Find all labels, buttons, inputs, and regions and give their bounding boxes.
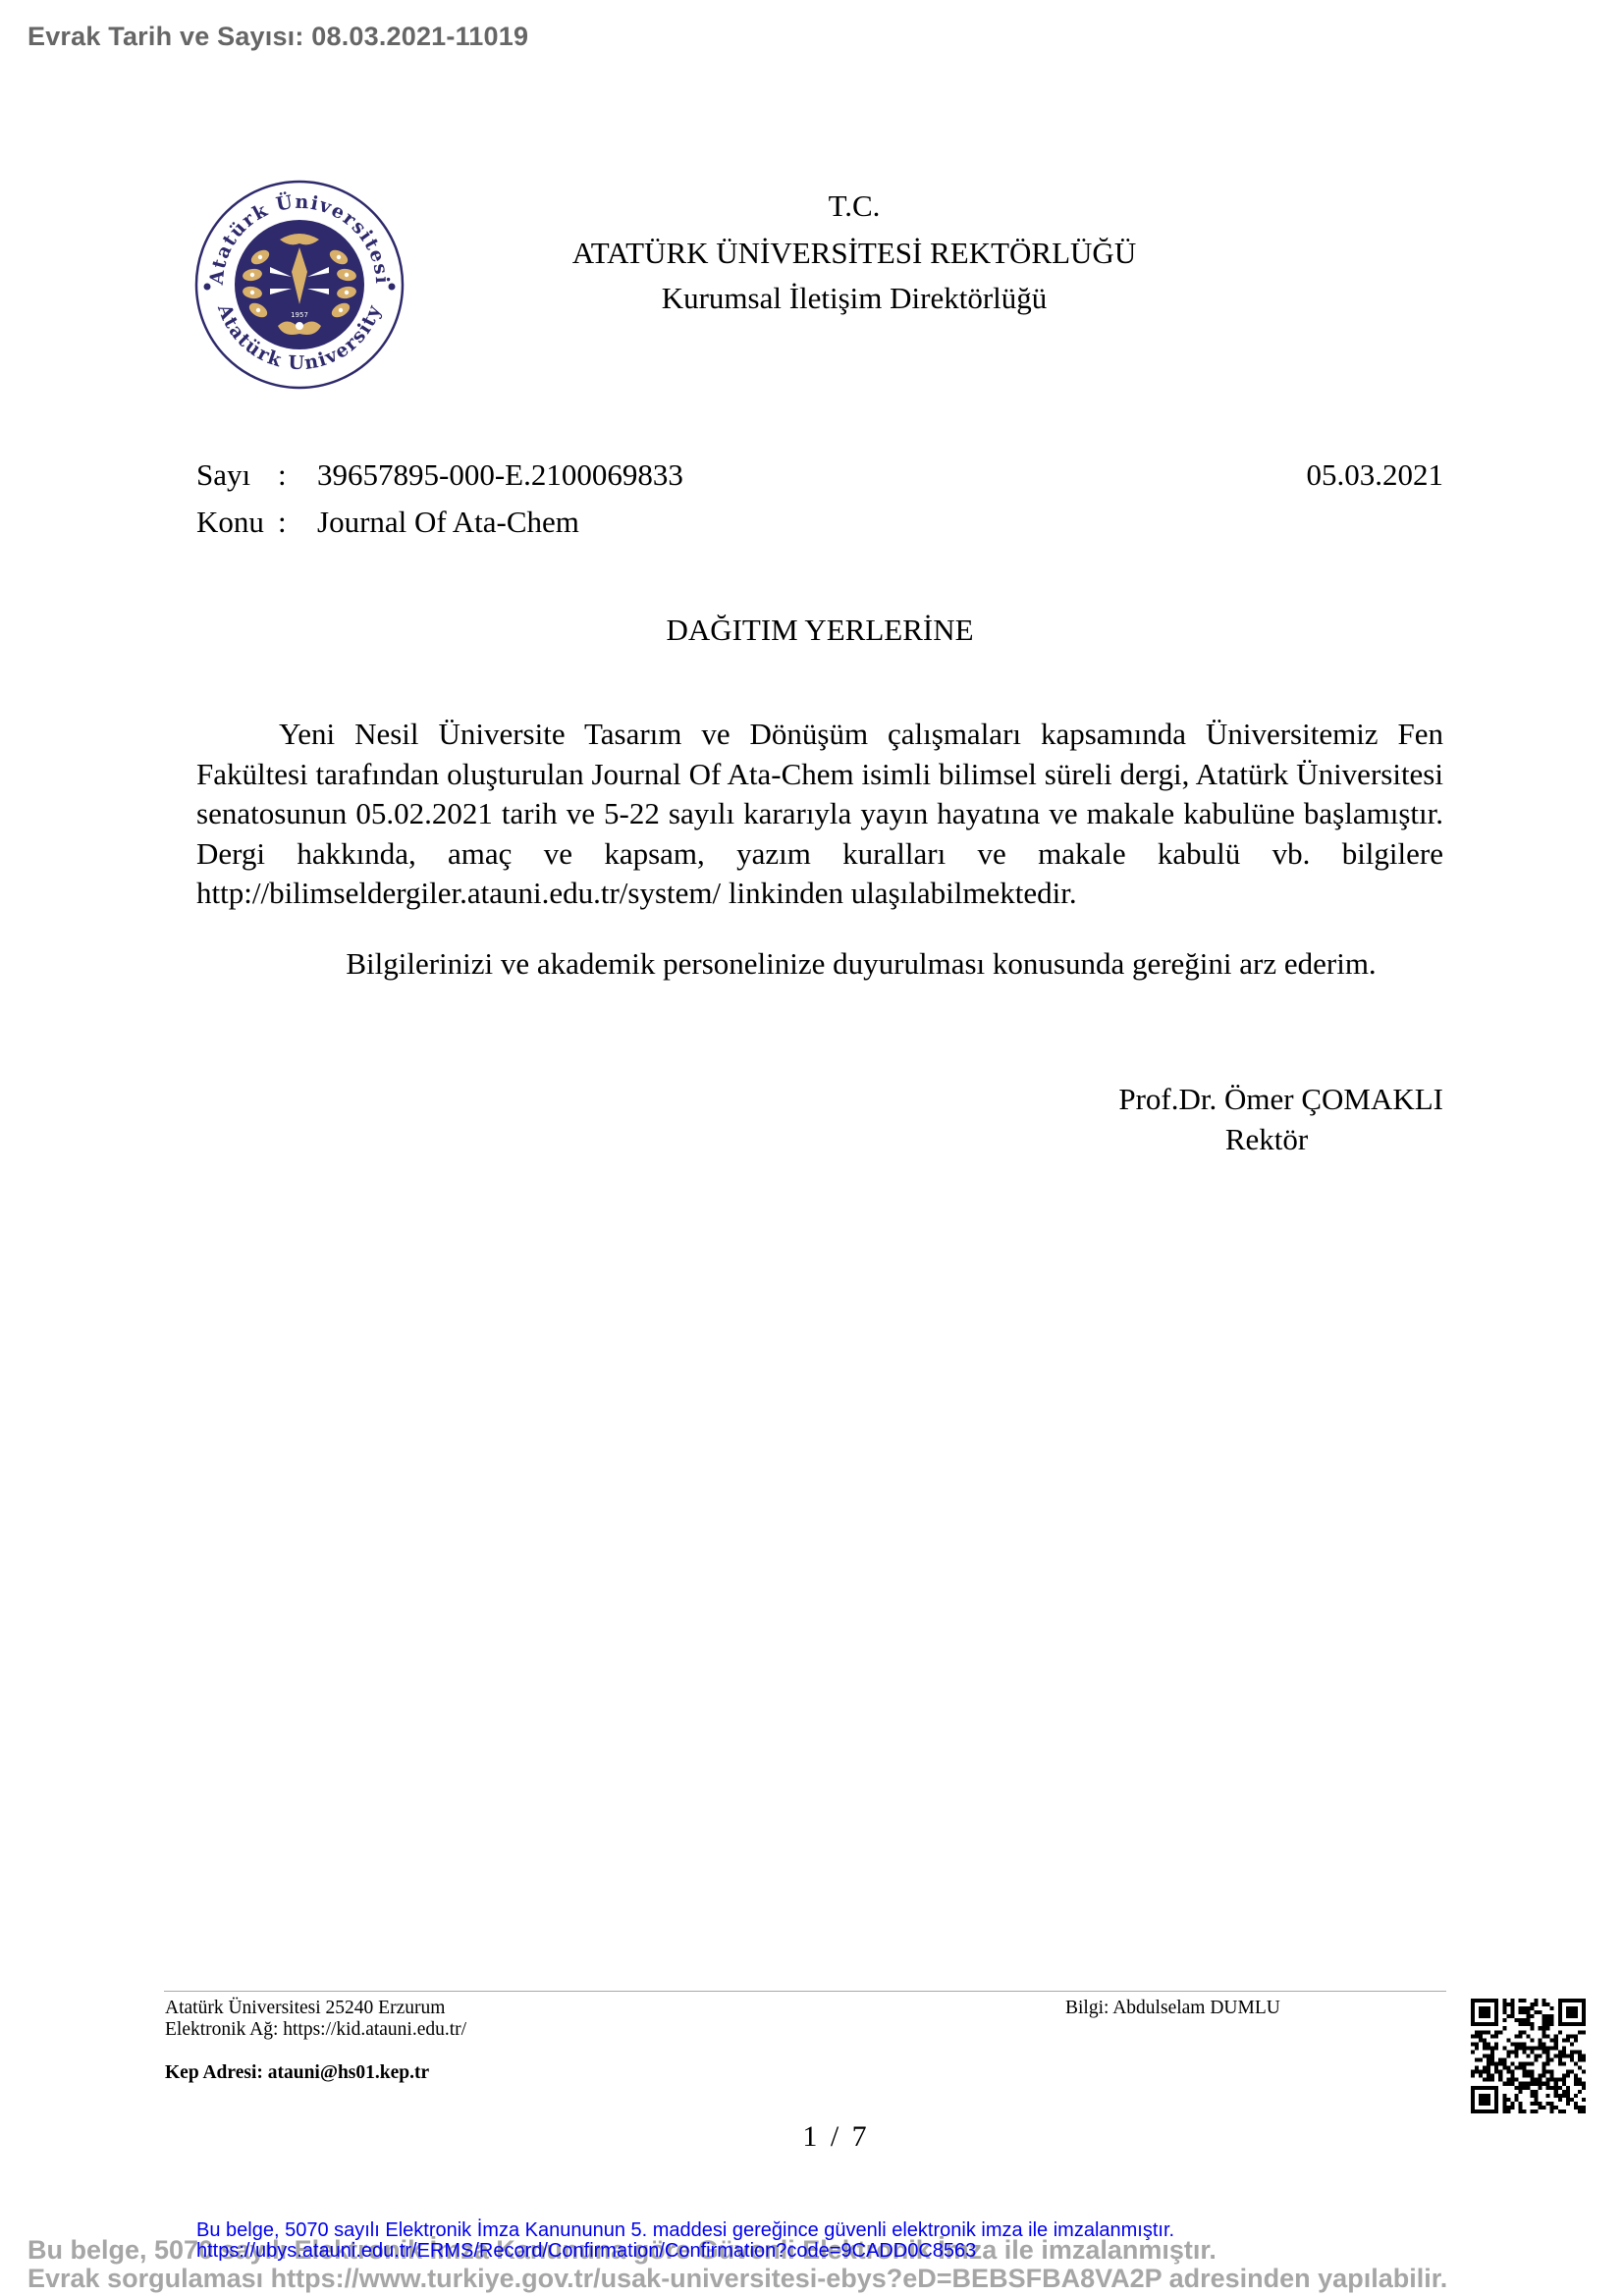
footer-divider [164,1991,1446,1992]
qr-code-icon [1471,1999,1586,2113]
signer-title: Rektör [1119,1122,1414,1157]
sayi-label: Sayı [196,457,250,493]
document-number: 39657895-000-E.2100069833 [317,457,683,493]
confirmation-link[interactable]: https://ubys.atauni.edu.tr/ERMS/Record/C… [196,2240,976,2263]
footer-address: Atatürk Üniversitesi 25240 Erzurum [165,1998,445,2019]
recipients-heading: DAĞITIM YERLERİNE [442,613,1198,648]
closing-text: Bilgilerinizi ve akademik personelinize … [346,946,1376,981]
body-paragraph: Yeni Nesil Üniversite Tasarım ve Dönüşüm… [196,715,1443,914]
header-institution: ATATÜRK ÜNİVERSİTESİ REKTÖRLÜĞÜ [442,236,1267,271]
signer-name: Prof.Dr. Ömer ÇOMAKLI [1118,1082,1443,1117]
konu-label: Konu [196,505,264,540]
svg-text:1957: 1957 [291,311,308,319]
footer-info-contact: Bilgi: Abdulselam DUMLU [1065,1998,1280,2019]
footer-kep-address: Kep Adresi: atauni@hs01.kep.tr [165,2062,429,2084]
document-verification-notice: Evrak sorgulaması https://www.turkiye.go… [27,2264,1447,2294]
document-date: 05.03.2021 [1307,457,1444,493]
page-number: 1 / 7 [687,2120,982,2154]
header-department: Kurumsal İletişim Direktörlüğü [442,281,1267,316]
closing-paragraph: Bilgilerinizi ve akademik personelinize … [196,946,1443,982]
footer-website[interactable]: Elektronik Ağ: https://kid.atauni.edu.tr… [165,2019,466,2041]
header-country: T.C. [442,188,1267,224]
document-subject: Journal Of Ata-Chem [317,505,579,540]
document-stamp: Evrak Tarih ve Sayısı: 08.03.2021-11019 [27,22,528,52]
sayi-separator: : [278,457,287,493]
esignature-notice-blue: Bu belge, 5070 sayılı Elektronik İmza Ka… [196,2219,1174,2242]
konu-separator: : [278,505,287,540]
university-seal-icon: Atatürk Üniversitesi Atatürk University … [193,179,406,391]
